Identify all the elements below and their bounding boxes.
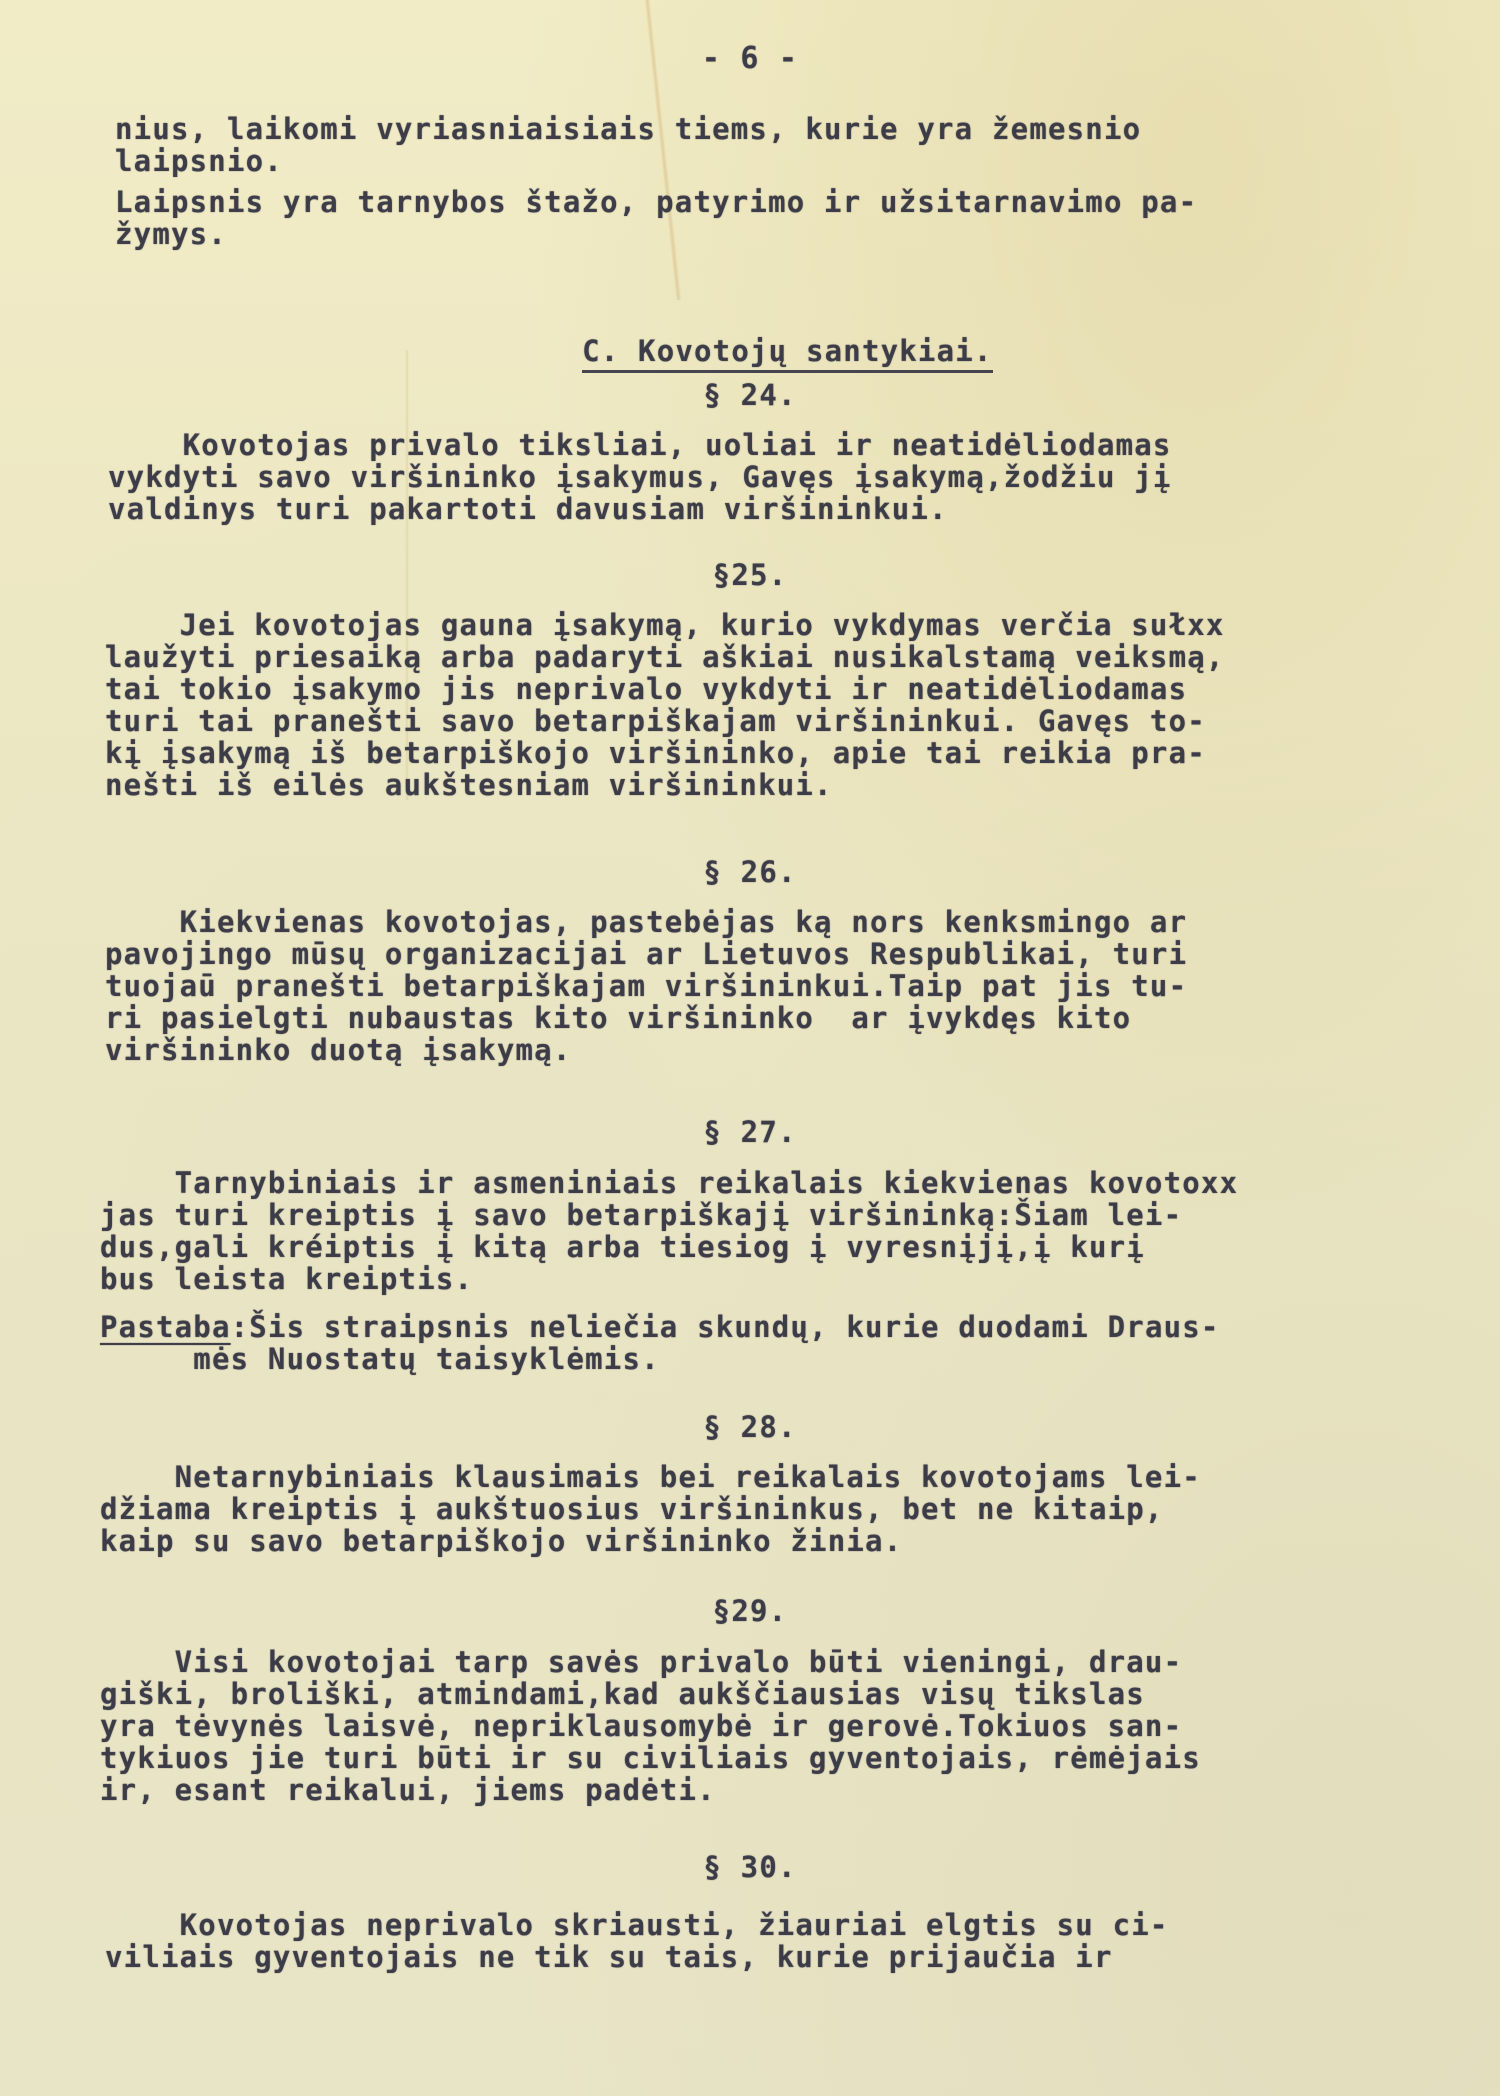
- paragraph-number: §29.: [0, 1594, 1500, 1628]
- intro-line: Laipsnis yra tarnybos štažo, patyrimo ir…: [115, 185, 1197, 219]
- paragraph-line: valdinys turi pakartoti davusiam viršini…: [108, 492, 948, 526]
- paragraph-line: laužyti priesaiką arba padaryti aškiai n…: [105, 640, 1225, 674]
- paragraph-line: Netarnybiniais klausimais bei reikalais …: [100, 1460, 1201, 1494]
- note: Pastaba:Šis straipsnis neliečia skundų, …: [100, 1310, 1220, 1344]
- paragraph-number: § 24.: [0, 378, 1500, 412]
- paragraph-line: vykdyti savo viršininko įsakymus, Gavęs …: [108, 460, 1172, 494]
- paragraph-line: Kovotojas privalo tiksliai, uoliai ir ne…: [108, 428, 1172, 462]
- paragraph-number: § 30.: [0, 1850, 1500, 1884]
- paragraph-line: kį įsakymą iš betarpiškojo viršininko, a…: [105, 736, 1206, 770]
- note-label: Pastaba: [100, 1310, 231, 1344]
- section-heading-text: C. Kovotojų santykiai.: [582, 334, 993, 373]
- page-number: - 6 -: [0, 42, 1500, 76]
- paragraph-line: pavojingo mūsų organizacijai ar Lietuvos…: [105, 937, 1187, 971]
- paragraph-line: viršininko duotą įsakymą.: [105, 1033, 572, 1067]
- paragraph-number: § 28.: [0, 1410, 1500, 1444]
- paragraph-line: giški, broliški, atmindami,kad aukščiaus…: [100, 1677, 1145, 1711]
- paragraph-line: Tarnybiniais ir asmeniniais reikalais ki…: [100, 1166, 1238, 1200]
- paragraph-line: Kovotojas neprivalo skriausti, žiauriai …: [105, 1908, 1169, 1942]
- paragraph-line: ri pasielgti nubaustas kito viršininko a…: [105, 1001, 1131, 1035]
- paragraph-line: nešti iš eilės aukštesniam viršininkui.: [105, 768, 833, 802]
- paragraph-line: ir, esant reikalui, jiems padėti.: [100, 1773, 716, 1807]
- paragraph-line: džiama kreiptis į aukštuosius viršininku…: [100, 1492, 1164, 1526]
- paragraph-line: turi tai pranešti savo betarpiškajam vir…: [105, 704, 1206, 738]
- paragraph-line: Kiekvienas kovotojas, pastebėjas ką nors…: [105, 905, 1187, 939]
- paragraph-number: § 27.: [0, 1115, 1500, 1149]
- paragraph-line: Jei kovotojas gauna įsakymą, kurio vykdy…: [105, 608, 1225, 642]
- paragraph-number: § 26.: [0, 855, 1500, 889]
- paragraph-line: viliais gyventojais ne tik su tais, kuri…: [105, 1940, 1113, 1974]
- paragraph-line: jas turi kreiptis į savo betarpiškajį vi…: [100, 1198, 1182, 1232]
- paragraph-line: tuojaū pranešti betarpiškajam viršininku…: [105, 969, 1187, 1003]
- paragraph-line: Visi kovotojai tarp savės privalo būti v…: [100, 1645, 1182, 1679]
- intro-line: nius, laikomi vyriasniaisiais tiems, kur…: [115, 112, 1141, 146]
- paragraph-line: yra tėvynės laisvė, nepriklausomybė ir g…: [100, 1709, 1182, 1743]
- paragraph-number: §25.: [0, 558, 1500, 592]
- paragraph-line: tykiuos jie turi būti ir su civiliais gy…: [100, 1741, 1201, 1775]
- paragraph-line: kaip su savo betarpiškojo viršininko žin…: [100, 1524, 902, 1558]
- intro-line: žymys.: [115, 217, 227, 251]
- intro-line: laipsnio.: [115, 144, 283, 178]
- paragraph-line: dus,gali kréiptis į kitą arba tiesiog į …: [100, 1230, 1145, 1264]
- paragraph-line: bus leista kreiptis.: [100, 1262, 473, 1296]
- paragraph-line: tai tokio įsakymo jis neprivalo vykdyti …: [105, 672, 1187, 706]
- typewritten-page: - 6 - nius, laikomi vyriasniaisiais tiem…: [0, 0, 1500, 2096]
- note-line: mės Nuostatų taisyklėmis.: [100, 1342, 660, 1376]
- note-text: :Šis straipsnis neliečia skundų, kurie d…: [231, 1310, 1220, 1344]
